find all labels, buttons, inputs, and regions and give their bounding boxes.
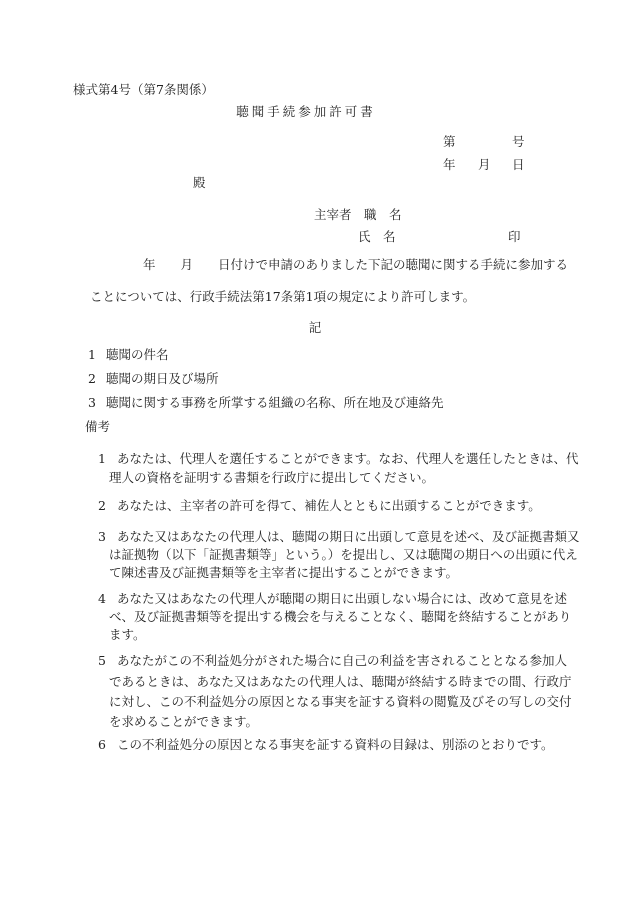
remarks-item-4-line-3: ます。 <box>109 628 146 642</box>
listed-item-3-text: 聴聞に関する事務を所掌する組織の名称、所在地及び連絡先 <box>106 395 444 410</box>
date-day-label: 日 <box>512 158 525 172</box>
remarks-item-5-line-1: 5あなたがこの不利益処分がされた場合に自己の利益を害されることとなる参加人 <box>98 654 567 668</box>
listed-item-2-number: 2 <box>88 372 106 386</box>
remarks-item-5-line-3: に対し、この不利益処分の原因となる事実を証する資料の閲覧及びその写しの交付 <box>109 695 572 709</box>
remarks-item-1-line-1: 1あなたは、代理人を選任することができます。なお、代理人を選任したときは、代 <box>98 452 579 466</box>
listed-item-1-number: 1 <box>88 348 106 362</box>
remarks-item-3-line-3: て陳述書及び証拠書類等を主宰者に提出することができます。 <box>109 566 458 580</box>
remarks-item-3-line-1: 3あなた又はあなたの代理人は、聴聞の期日に出頭して意見を述べ、及び証拠書類又 <box>98 530 580 544</box>
date-year-label: 年 <box>443 158 456 172</box>
listed-item-3: 3聴聞に関する事務を所掌する組織の名称、所在地及び連絡先 <box>88 396 444 410</box>
remarks-item-3-line-2: は証拠物（以下「証拠書類等」という。）を提出し、又は聴聞の期日への出頭に代え <box>109 548 578 562</box>
remarks-item-6-text: この不利益処分の原因となる事実を証する資料の目録は、別添のとおりです。 <box>117 737 554 752</box>
body-paragraph-line-2: ことについては、行政手続法第17条第1項の規定により許可します。 <box>90 290 475 304</box>
presider-name-line: 氏 名 <box>358 230 396 244</box>
remarks-heading: 備考 <box>85 420 110 434</box>
remarks-item-4-number: 4 <box>98 592 117 606</box>
remarks-item-3-number: 3 <box>98 530 117 544</box>
doc-number-prefix: 第 <box>443 135 456 149</box>
remarks-item-2-text: あなたは、主宰者の許可を得て、補佐人とともに出頭することができます。 <box>117 498 541 513</box>
listed-item-1: 1聴聞の件名 <box>88 348 169 362</box>
doc-number-suffix: 号 <box>512 135 525 149</box>
remarks-item-1-text: あなたは、代理人を選任することができます。なお、代理人を選任したときは、代 <box>117 451 579 466</box>
form-number-label: 様式第4号（第7条関係） <box>73 83 214 97</box>
document-page: 様式第4号（第7条関係） 聴聞手続参加許可書 第 号 年 月 日 殿 主宰者 職… <box>0 0 630 915</box>
remarks-item-6-line-1: 6この不利益処分の原因となる事実を証する資料の目録は、別添のとおりです。 <box>98 738 554 752</box>
remarks-item-1-line-2: 理人の資格を証明する書類を行政庁に提出してください。 <box>109 471 434 485</box>
presider-title-line: 主宰者 職 名 <box>314 208 402 222</box>
listed-item-2-text: 聴聞の期日及び場所 <box>106 371 219 386</box>
remarks-item-3-text: あなた又はあなたの代理人は、聴聞の期日に出頭して意見を述べ、及び証拠書類又 <box>117 529 580 544</box>
remarks-item-5-number: 5 <box>98 654 117 668</box>
body-paragraph-line-1: 年 月 日付けで申請のありました下記の聴聞に関する手続に参加する <box>143 258 568 272</box>
record-marker: 記 <box>0 321 630 335</box>
listed-item-1-text: 聴聞の件名 <box>106 347 169 362</box>
remarks-item-6-number: 6 <box>98 738 117 752</box>
remarks-item-5-line-4: を求めることができます。 <box>109 715 258 729</box>
remarks-item-5-line-2: であるときは、あなた又はあなたの代理人は、聴聞が終結する時までの間、行政庁 <box>109 675 572 689</box>
date-month-label: 月 <box>478 158 491 172</box>
remarks-item-4-text: あなた又はあなたの代理人が聴聞の期日に出頭しない場合には、改めて意見を述 <box>117 591 567 606</box>
listed-item-2: 2聴聞の期日及び場所 <box>88 372 219 386</box>
remarks-item-2-number: 2 <box>98 499 117 513</box>
remarks-item-1-number: 1 <box>98 452 117 466</box>
remarks-item-2-line-1: 2あなたは、主宰者の許可を得て、補佐人とともに出頭することができます。 <box>98 499 541 513</box>
addressee-honorific: 殿 <box>193 176 206 190</box>
remarks-item-4-line-2: べ、及び証拠書類等を提出する機会を与えることなく、聴聞を終結することがあり <box>109 610 571 624</box>
listed-item-3-number: 3 <box>88 396 106 410</box>
document-title: 聴聞手続参加許可書 <box>0 105 612 119</box>
seal-placeholder: 印 <box>508 230 521 244</box>
remarks-item-5-text: あなたがこの不利益処分がされた場合に自己の利益を害されることとなる参加人 <box>117 653 567 668</box>
remarks-item-4-line-1: 4あなた又はあなたの代理人が聴聞の期日に出頭しない場合には、改めて意見を述 <box>98 592 567 606</box>
